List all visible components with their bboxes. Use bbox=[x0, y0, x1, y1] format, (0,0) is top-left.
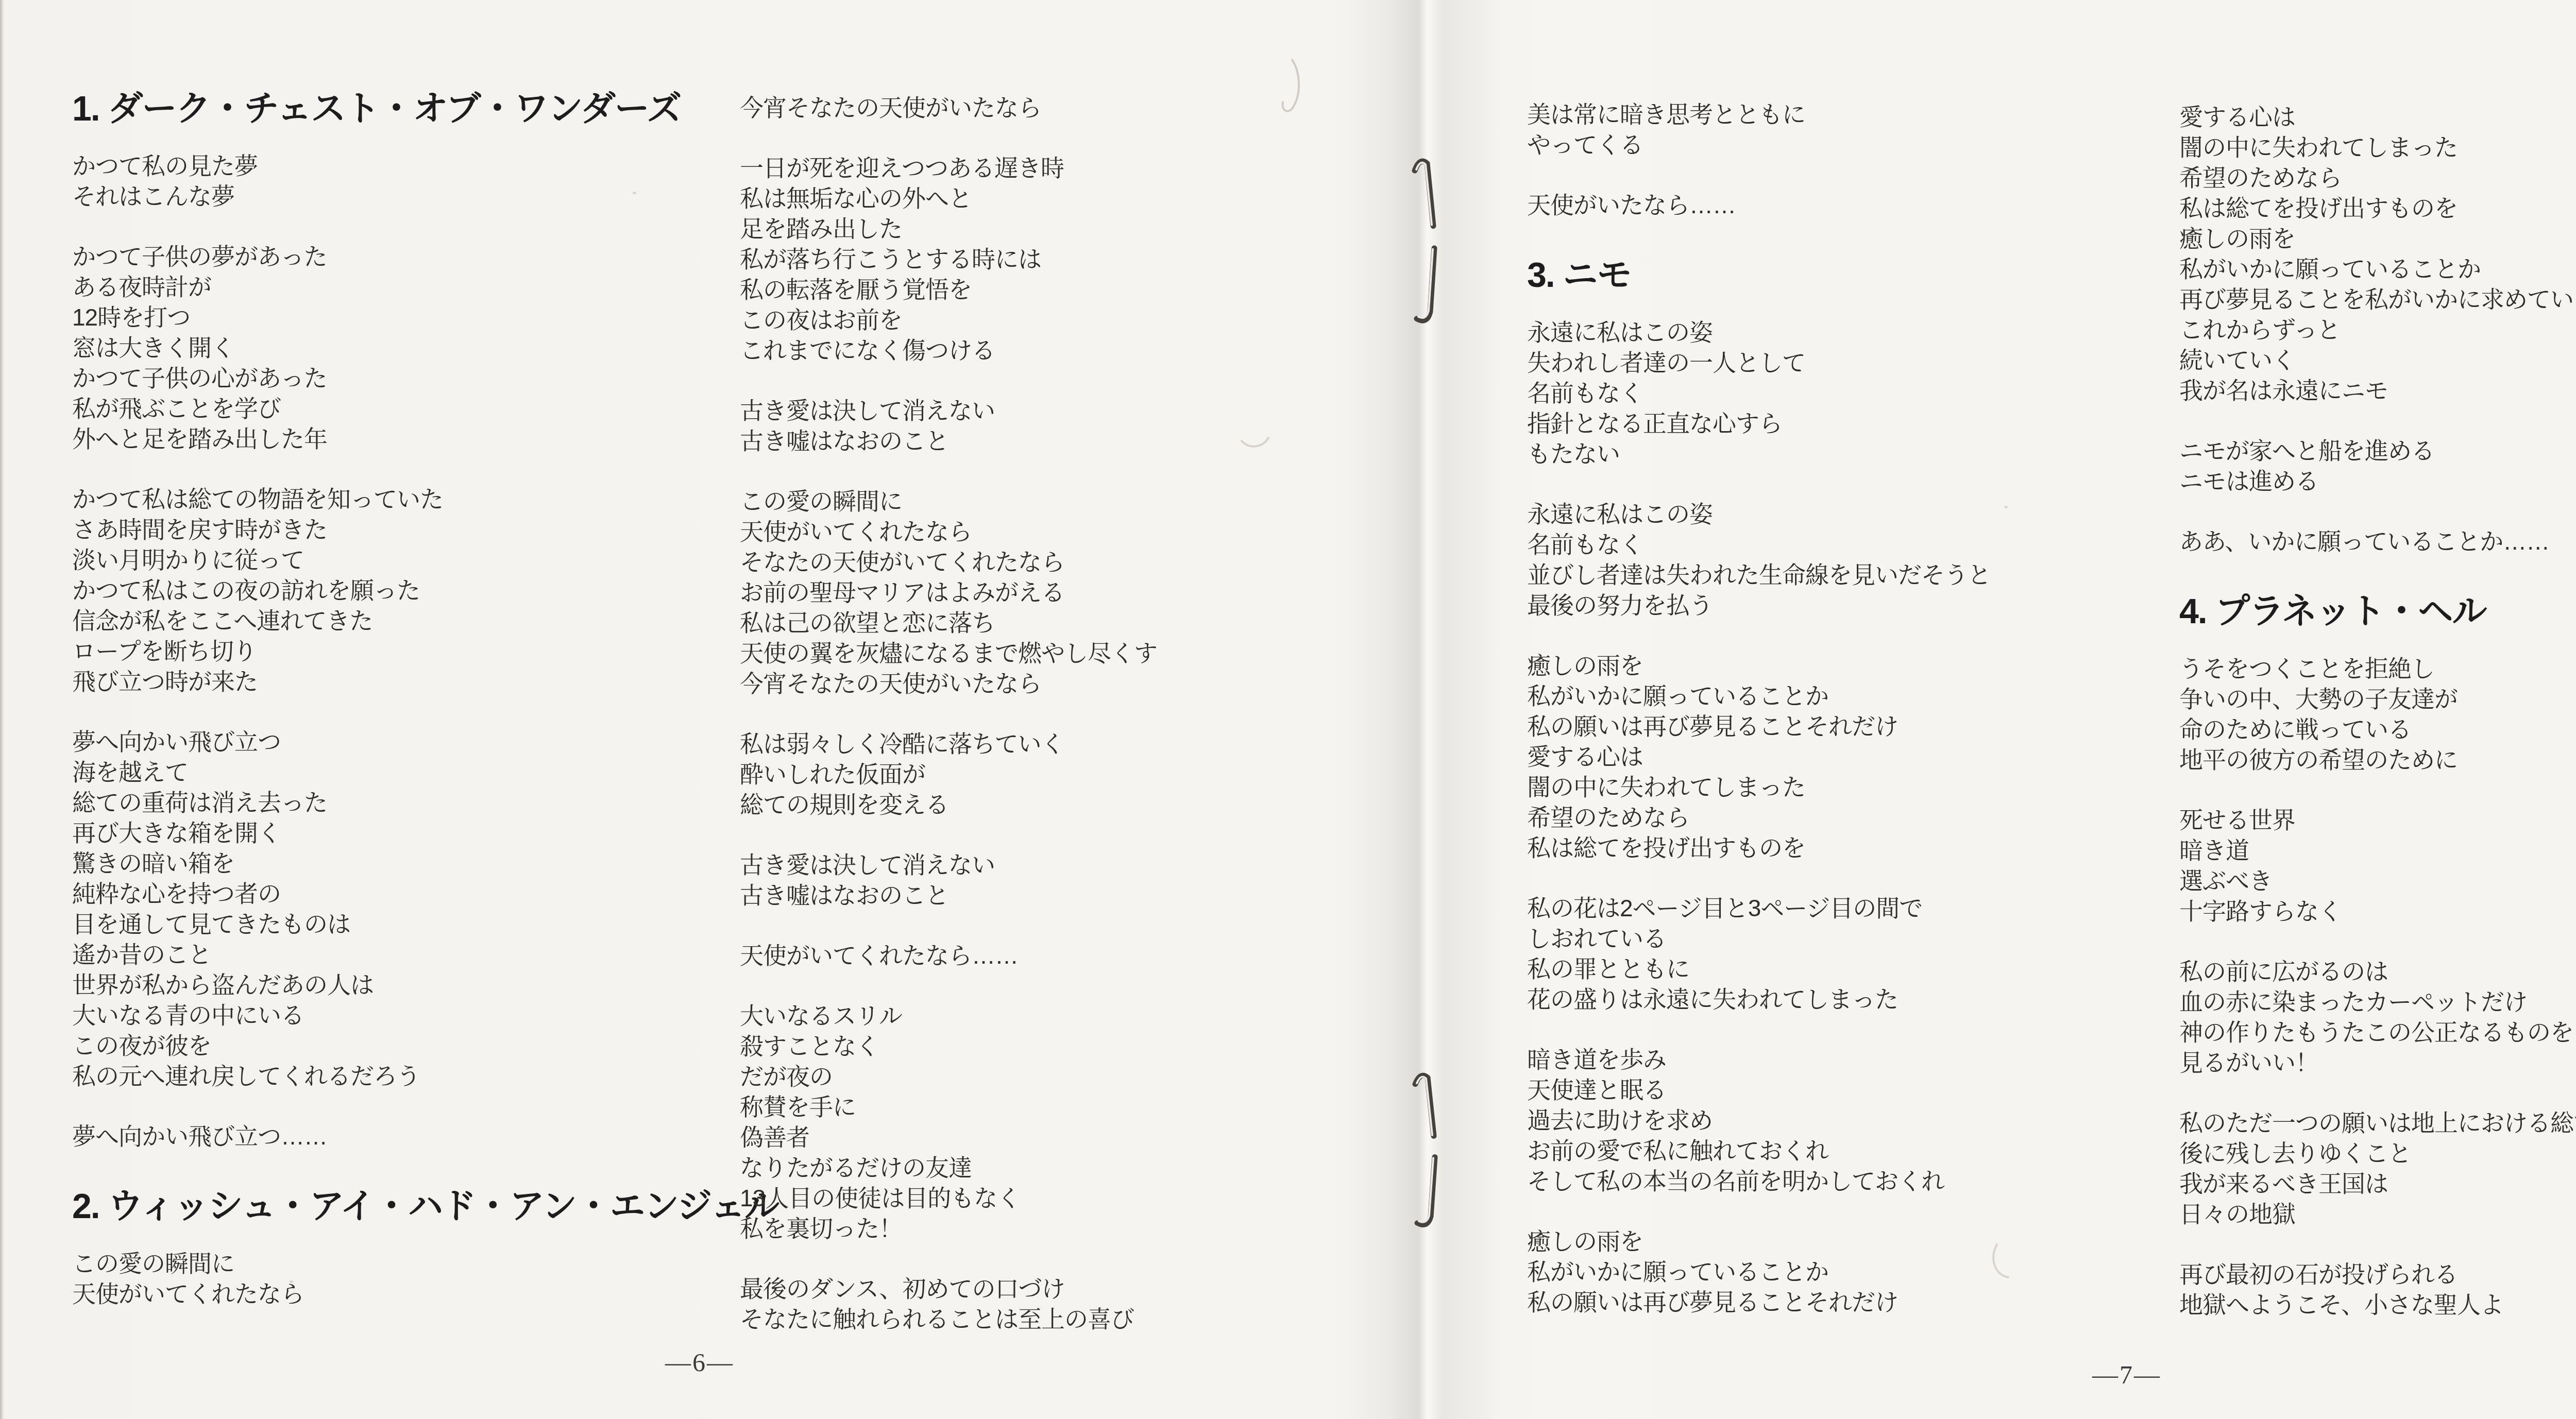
lyric-line: 私の元へ連れ戻してくれるだろう bbox=[72, 1061, 757, 1091]
pen-scribble-icon bbox=[1989, 1239, 2026, 1283]
lyric-line: 私の転落を厭う覚悟を bbox=[740, 275, 1425, 305]
lyric-line: かつて私の見た夢 bbox=[72, 151, 757, 181]
lyric-line: 永遠に私はこの姿 bbox=[1527, 499, 2212, 529]
lyric-line: 夢へ向かい飛び立つ bbox=[72, 727, 757, 757]
lyric-line: 今宵そなたの天使がいたなら bbox=[740, 669, 1425, 699]
lyric-line: 過去に助けを求め bbox=[1527, 1105, 2212, 1136]
stanza: 永遠に私はこの姿失われし者達の一人として名前もなく指針となる正直な心すらもたない bbox=[1527, 317, 2212, 469]
lyric-line: 驚きの暗い箱を bbox=[72, 848, 757, 879]
lyric-line: 大いなる青の中にいる bbox=[72, 1000, 757, 1031]
lyric-line: 酔いしれた仮面が bbox=[740, 759, 1425, 790]
lyric-line: 海を越えて bbox=[72, 757, 757, 788]
lyric-line: お前の聖母マリアはよみがえる bbox=[740, 577, 1425, 608]
lyric-line: 私がいかに願っていることか bbox=[1527, 1257, 2212, 1287]
stanza: 愛する心は闇の中に失われてしまった希望のためなら私は総てを投げ出すものを癒しの雨… bbox=[2179, 102, 2576, 406]
stanza: 夢へ向かい飛び立つ…… bbox=[72, 1121, 757, 1152]
lyric-line: 闇の中に失われてしまった bbox=[2179, 132, 2576, 163]
stanza: 美は常に暗き思考とともにやってくる bbox=[1527, 99, 2212, 160]
stanza: ああ、いかに願っていることか…… bbox=[2179, 526, 2576, 557]
stanza: かつて私は総ての物語を知っていたさあ時間を戻す時がきた淡い月明かりに従ってかつて… bbox=[72, 484, 757, 697]
lyric-line: 死せる世界 bbox=[2179, 805, 2576, 835]
lyric-line: 殺すことなく bbox=[740, 1031, 1425, 1062]
lyric-line: 古き愛は決して消えない bbox=[740, 850, 1425, 880]
lyric-line: 永遠に私はこの姿 bbox=[1527, 317, 2212, 348]
lyric-line: 我が来るべき王国は bbox=[2179, 1169, 2576, 1199]
lyric-line: 私がいかに願っていることか bbox=[1527, 681, 2212, 711]
lyric-line: 失われし者達の一人として bbox=[1527, 348, 2212, 378]
lyric-line: やってくる bbox=[1527, 130, 2212, 160]
stanza: 死せる世界暗き道選ぶべき十字路すらなく bbox=[2179, 805, 2576, 927]
dust-speck bbox=[290, 1280, 293, 1283]
lyric-line: 命のために戦っている bbox=[2179, 714, 2576, 745]
lyric-line: 私の花は2ページ目と3ページ目の間で bbox=[1527, 893, 2212, 924]
lyric-line: 最後の努力を払う bbox=[1527, 590, 2212, 621]
dust-speck bbox=[2004, 506, 2008, 508]
lyric-line: 淡い月明かりに従って bbox=[72, 545, 757, 575]
lyric-line: 愛する心は bbox=[2179, 102, 2576, 132]
lyric-line: 私の願いは再び夢見ることそれだけ bbox=[1527, 1287, 2212, 1318]
lyric-line: この夜が彼を bbox=[72, 1031, 757, 1061]
lyric-line: 並びし者達は失われた生命線を見いだそうと bbox=[1527, 560, 2212, 590]
lyric-line: ニモは進める bbox=[2179, 466, 2576, 497]
stanza: 私の前に広がるのは血の赤に染まったカーペットだけ神の作りたもうたこの公正なるもの… bbox=[2179, 956, 2576, 1078]
lyric-line: 選ぶべき bbox=[2179, 866, 2576, 896]
lyric-line: かつて子供の夢があった bbox=[72, 242, 757, 272]
page-number: —6— bbox=[617, 1347, 782, 1377]
lyric-line: 私は総てを投げ出すものを bbox=[1527, 833, 2212, 863]
lyric-line: 再び大きな箱を開く bbox=[72, 818, 757, 848]
lyric-line: 今宵そなたの天使がいたなら bbox=[740, 93, 1425, 123]
stanza: うそをつくことを拒絶し争いの中、大勢の子友達が命のために戦っている地平の彼方の希… bbox=[2179, 654, 2576, 775]
lyric-line: これからずっと bbox=[2179, 315, 2576, 345]
lyric-line: 後に残し去りゆくこと bbox=[2179, 1138, 2576, 1169]
stanza: 癒しの雨を私がいかに願っていることか私の願いは再び夢見ることそれだけ愛する心は闇… bbox=[1527, 651, 2212, 863]
stanza: この愛の瞬間に天使がいてくれたなら bbox=[72, 1249, 757, 1309]
lyric-line: 12時を打つ bbox=[72, 302, 757, 333]
lyric-line: 足を踏み出した bbox=[740, 214, 1425, 244]
lyric-line: 信念が私をここへ連れてきた bbox=[72, 606, 757, 636]
lyric-line: 一日が死を迎えつつある遅き時 bbox=[740, 153, 1425, 183]
lyric-line: 私は己の欲望と恋に落ち bbox=[740, 608, 1425, 638]
lyric-line: 私は無垢な心の外へと bbox=[740, 183, 1425, 214]
lyric-line: 遙か昔のこと bbox=[72, 939, 757, 970]
lyric-line: これまでになく傷つける bbox=[740, 335, 1425, 366]
stanza: 私のただ一つの願いは地上における総ての日々を後に残し去りゆくこと我が来るべき王国… bbox=[2179, 1108, 2576, 1229]
lyric-line: お前の愛で私に触れておくれ bbox=[1527, 1136, 2212, 1166]
lyric-line: 称賛を手に bbox=[740, 1092, 1425, 1122]
lyric-line: 窓は大きく開く bbox=[72, 333, 757, 363]
lyric-line: ニモが家へと船を進める bbox=[2179, 436, 2576, 466]
lyric-line: 古き愛は決して消えない bbox=[740, 396, 1425, 426]
lyric-line: そして私の本当の名前を明かしておくれ bbox=[1527, 1166, 2212, 1196]
left-page-column-1: 1. ダーク・チェスト・オブ・ワンダーズかつて私の見た夢それはこんな夢かつて子供… bbox=[72, 84, 757, 1339]
lyric-line: 日々の地獄 bbox=[2179, 1199, 2576, 1229]
stanza: 古き愛は決して消えない古き嘘はなおのこと bbox=[740, 850, 1425, 911]
lyric-line: この夜はお前を bbox=[740, 305, 1425, 335]
lyric-line: 癒しの雨を bbox=[1527, 651, 2212, 681]
lyric-line: ある夜時計が bbox=[72, 272, 757, 302]
lyric-line: しおれている bbox=[1527, 924, 2212, 954]
right-page-column-2: 愛する心は闇の中に失われてしまった希望のためなら私は総てを投げ出すものを癒しの雨… bbox=[2179, 102, 2576, 1350]
dust-speck bbox=[633, 192, 636, 194]
track-title: 1. ダーク・チェスト・オブ・ワンダーズ bbox=[72, 84, 757, 133]
lyric-line: かつて私はこの夜の訪れを願った bbox=[72, 575, 757, 606]
lyric-line: 私の罪とともに bbox=[1527, 954, 2212, 984]
lyric-line: 天使の翼を灰燼になるまで燃やし尽くす bbox=[740, 638, 1425, 669]
stanza: 大いなるスリル殺すことなくだが夜の称賛を手に偽善者なりたがるだけの友達13人目の… bbox=[740, 1001, 1425, 1244]
lyric-line: 指針となる正直な心すら bbox=[1527, 408, 2212, 439]
lyric-line: 私が落ち行こうとする時には bbox=[740, 244, 1425, 275]
pen-scribble-icon bbox=[1239, 420, 1272, 453]
pen-scribble-icon bbox=[1277, 56, 1304, 119]
staple-icon bbox=[1410, 152, 1446, 334]
lyric-line: 私を裏切った！ bbox=[740, 1213, 1425, 1244]
stanza: 私は弱々しく冷酷に落ちていく酔いしれた仮面が総ての規則を変える bbox=[740, 729, 1425, 820]
lyric-line: 暗き道を歩み bbox=[1527, 1045, 2212, 1075]
lyric-line: 天使がいたなら…… bbox=[1527, 190, 2212, 220]
stanza: ニモが家へと船を進めるニモは進める bbox=[2179, 436, 2576, 497]
lyric-line: この愛の瞬間に bbox=[740, 486, 1425, 517]
left-page-column-2: 今宵そなたの天使がいたなら一日が死を迎えつつある遅き時私は無垢な心の外へと足を踏… bbox=[740, 93, 1425, 1364]
lyric-line: 総ての規則を変える bbox=[740, 790, 1425, 820]
stanza: 私の花は2ページ目と3ページ目の間でしおれている私の罪とともに花の盛りは永遠に失… bbox=[1527, 893, 2212, 1015]
lyric-line: 天使がいてくれたなら bbox=[740, 517, 1425, 547]
lyric-line: 再び夢見ることを私がいかに求めていることか bbox=[2179, 284, 2576, 315]
stanza: 暗き道を歩み天使達と眠る過去に助けを求めお前の愛で私に触れておくれそして私の本当… bbox=[1527, 1045, 2212, 1196]
lyric-line: 神の作りたもうたこの公正なるものを bbox=[2179, 1017, 2576, 1048]
lyric-line: もたない bbox=[1527, 439, 2212, 469]
lyric-line: 暗き道 bbox=[2179, 835, 2576, 866]
stanza: 再び最初の石が投げられる地獄へようこそ、小さな聖人よ bbox=[2179, 1259, 2576, 1320]
lyric-line: ああ、いかに願っていることか…… bbox=[2179, 526, 2576, 557]
lyric-line: 私は総てを投げ出すものを bbox=[2179, 193, 2576, 224]
lyric-line: 癒しの雨を bbox=[2179, 224, 2576, 254]
lyric-line: 大いなるスリル bbox=[740, 1001, 1425, 1031]
stanza: かつて子供の夢があったある夜時計が12時を打つ窓は大きく開くかつて子供の心があっ… bbox=[72, 242, 757, 454]
stanza: 癒しの雨を私がいかに願っていることか私の願いは再び夢見ることそれだけ bbox=[1527, 1226, 2212, 1318]
lyric-line: かつて私は総ての物語を知っていた bbox=[72, 484, 757, 515]
lyric-line: 続いていく bbox=[2179, 345, 2576, 375]
page-number: —7— bbox=[2044, 1360, 2209, 1390]
lyric-line: 愛する心は bbox=[1527, 742, 2212, 772]
lyric-line: 私がいかに願っていることか bbox=[2179, 254, 2576, 284]
lyric-line: 私は弱々しく冷酷に落ちていく bbox=[740, 729, 1425, 759]
booklet-scan: 1. ダーク・チェスト・オブ・ワンダーズかつて私の見た夢それはこんな夢かつて子供… bbox=[0, 0, 2576, 1419]
lyric-line: それはこんな夢 bbox=[72, 181, 757, 212]
lyric-line: 癒しの雨を bbox=[1527, 1226, 2212, 1257]
lyric-line: 希望のためなら bbox=[1527, 802, 2212, 833]
lyric-line: 純粋な心を持つ者の bbox=[72, 879, 757, 909]
lyric-line: 十字路すらなく bbox=[2179, 896, 2576, 927]
lyric-line: 偽善者 bbox=[740, 1122, 1425, 1153]
lyric-line: だが夜の bbox=[740, 1062, 1425, 1092]
stanza: この愛の瞬間に天使がいてくれたならそなたの天使がいてくれたならお前の聖母マリアは… bbox=[740, 486, 1425, 699]
lyric-line: 目を通して見てきたものは bbox=[72, 909, 757, 939]
stanza: 永遠に私はこの姿名前もなく並びし者達は失われた生命線を見いだそうと最後の努力を払… bbox=[1527, 499, 2212, 621]
lyric-line: 総ての重荷は消え去った bbox=[72, 788, 757, 818]
lyric-line: 闇の中に失われてしまった bbox=[1527, 772, 2212, 802]
staple-icon bbox=[1410, 1067, 1446, 1237]
stanza: 一日が死を迎えつつある遅き時私は無垢な心の外へと足を踏み出した私が落ち行こうとす… bbox=[740, 153, 1425, 366]
lyric-line: 再び最初の石が投げられる bbox=[2179, 1259, 2576, 1290]
lyric-line: 争いの中、大勢の子友達が bbox=[2179, 684, 2576, 714]
stanza: 天使がいてくれたなら…… bbox=[740, 941, 1425, 971]
lyric-line: 天使がいてくれたなら bbox=[72, 1279, 757, 1309]
lyric-line: 最後のダンス、初めての口づけ bbox=[740, 1274, 1425, 1304]
lyric-line: そなたの天使がいてくれたなら bbox=[740, 547, 1425, 577]
lyric-line: うそをつくことを拒絶し bbox=[2179, 654, 2576, 684]
lyric-line: 天使がいてくれたなら…… bbox=[740, 941, 1425, 971]
track-title: 3. ニモ bbox=[1527, 250, 2212, 300]
lyric-line: 名前もなく bbox=[1527, 378, 2212, 408]
lyric-line: なりたがるだけの友達 bbox=[740, 1153, 1425, 1183]
lyric-line: 夢へ向かい飛び立つ…… bbox=[72, 1121, 757, 1152]
lyric-line: 地平の彼方の希望のために bbox=[2179, 745, 2576, 775]
lyric-line: 我が名は永遠にニモ bbox=[2179, 375, 2576, 406]
lyric-line: 私の前に広がるのは bbox=[2179, 956, 2576, 987]
lyric-line: 血の赤に染まったカーペットだけ bbox=[2179, 987, 2576, 1017]
lyric-line: 地獄へようこそ、小さな聖人よ bbox=[2179, 1290, 2576, 1320]
lyric-line: 花の盛りは永遠に失われてしまった bbox=[1527, 984, 2212, 1015]
stanza: 天使がいたなら…… bbox=[1527, 190, 2212, 220]
lyric-line: そなたに触れられることは至上の喜び bbox=[740, 1304, 1425, 1335]
lyric-line: 見るがいい！ bbox=[2179, 1048, 2576, 1078]
lyric-line: 希望のためなら bbox=[2179, 163, 2576, 193]
lyric-line: この愛の瞬間に bbox=[72, 1249, 757, 1279]
stanza: 古き愛は決して消えない古き嘘はなおのこと bbox=[740, 396, 1425, 456]
lyric-line: かつて子供の心があった bbox=[72, 363, 757, 394]
lyric-line: 古き嘘はなおのこと bbox=[740, 426, 1425, 456]
stanza: 今宵そなたの天使がいたなら bbox=[740, 93, 1425, 123]
lyric-line: 美は常に暗き思考とともに bbox=[1527, 99, 2212, 130]
stanza: 最後のダンス、初めての口づけそなたに触れられることは至上の喜び bbox=[740, 1274, 1425, 1335]
lyric-line: 世界が私から盗んだあの人は bbox=[72, 970, 757, 1000]
track-title: 2. ウィッシュ・アイ・ハド・アン・エンジェル bbox=[72, 1182, 757, 1231]
lyric-line: 私のただ一つの願いは地上における総ての日々を bbox=[2179, 1108, 2576, 1138]
lyric-line: 私の願いは再び夢見ることそれだけ bbox=[1527, 711, 2212, 742]
lyric-line: 古き嘘はなおのこと bbox=[740, 880, 1425, 911]
lyric-line: 私が飛ぶことを学び bbox=[72, 394, 757, 424]
lyric-line: さあ時間を戻す時がきた bbox=[72, 515, 757, 545]
track-title: 4. プラネット・ヘル bbox=[2179, 587, 2576, 636]
lyric-line: 飛び立つ時が来た bbox=[72, 666, 757, 697]
lyric-line: 13人目の使徒は目的もなく bbox=[740, 1183, 1425, 1213]
lyric-line: 名前もなく bbox=[1527, 529, 2212, 560]
scan-edge bbox=[0, 0, 4, 1419]
stanza: 夢へ向かい飛び立つ海を越えて総ての重荷は消え去った再び大きな箱を開く驚きの暗い箱… bbox=[72, 727, 757, 1091]
lyric-line: ロープを断ち切り bbox=[72, 636, 757, 666]
lyric-line: 天使達と眠る bbox=[1527, 1075, 2212, 1105]
stanza: かつて私の見た夢それはこんな夢 bbox=[72, 151, 757, 212]
right-page-column-1: 美は常に暗き思考とともにやってくる天使がいたなら……3. ニモ永遠に私はこの姿失… bbox=[1527, 99, 2212, 1347]
lyric-line: 外へと足を踏み出した年 bbox=[72, 424, 757, 454]
